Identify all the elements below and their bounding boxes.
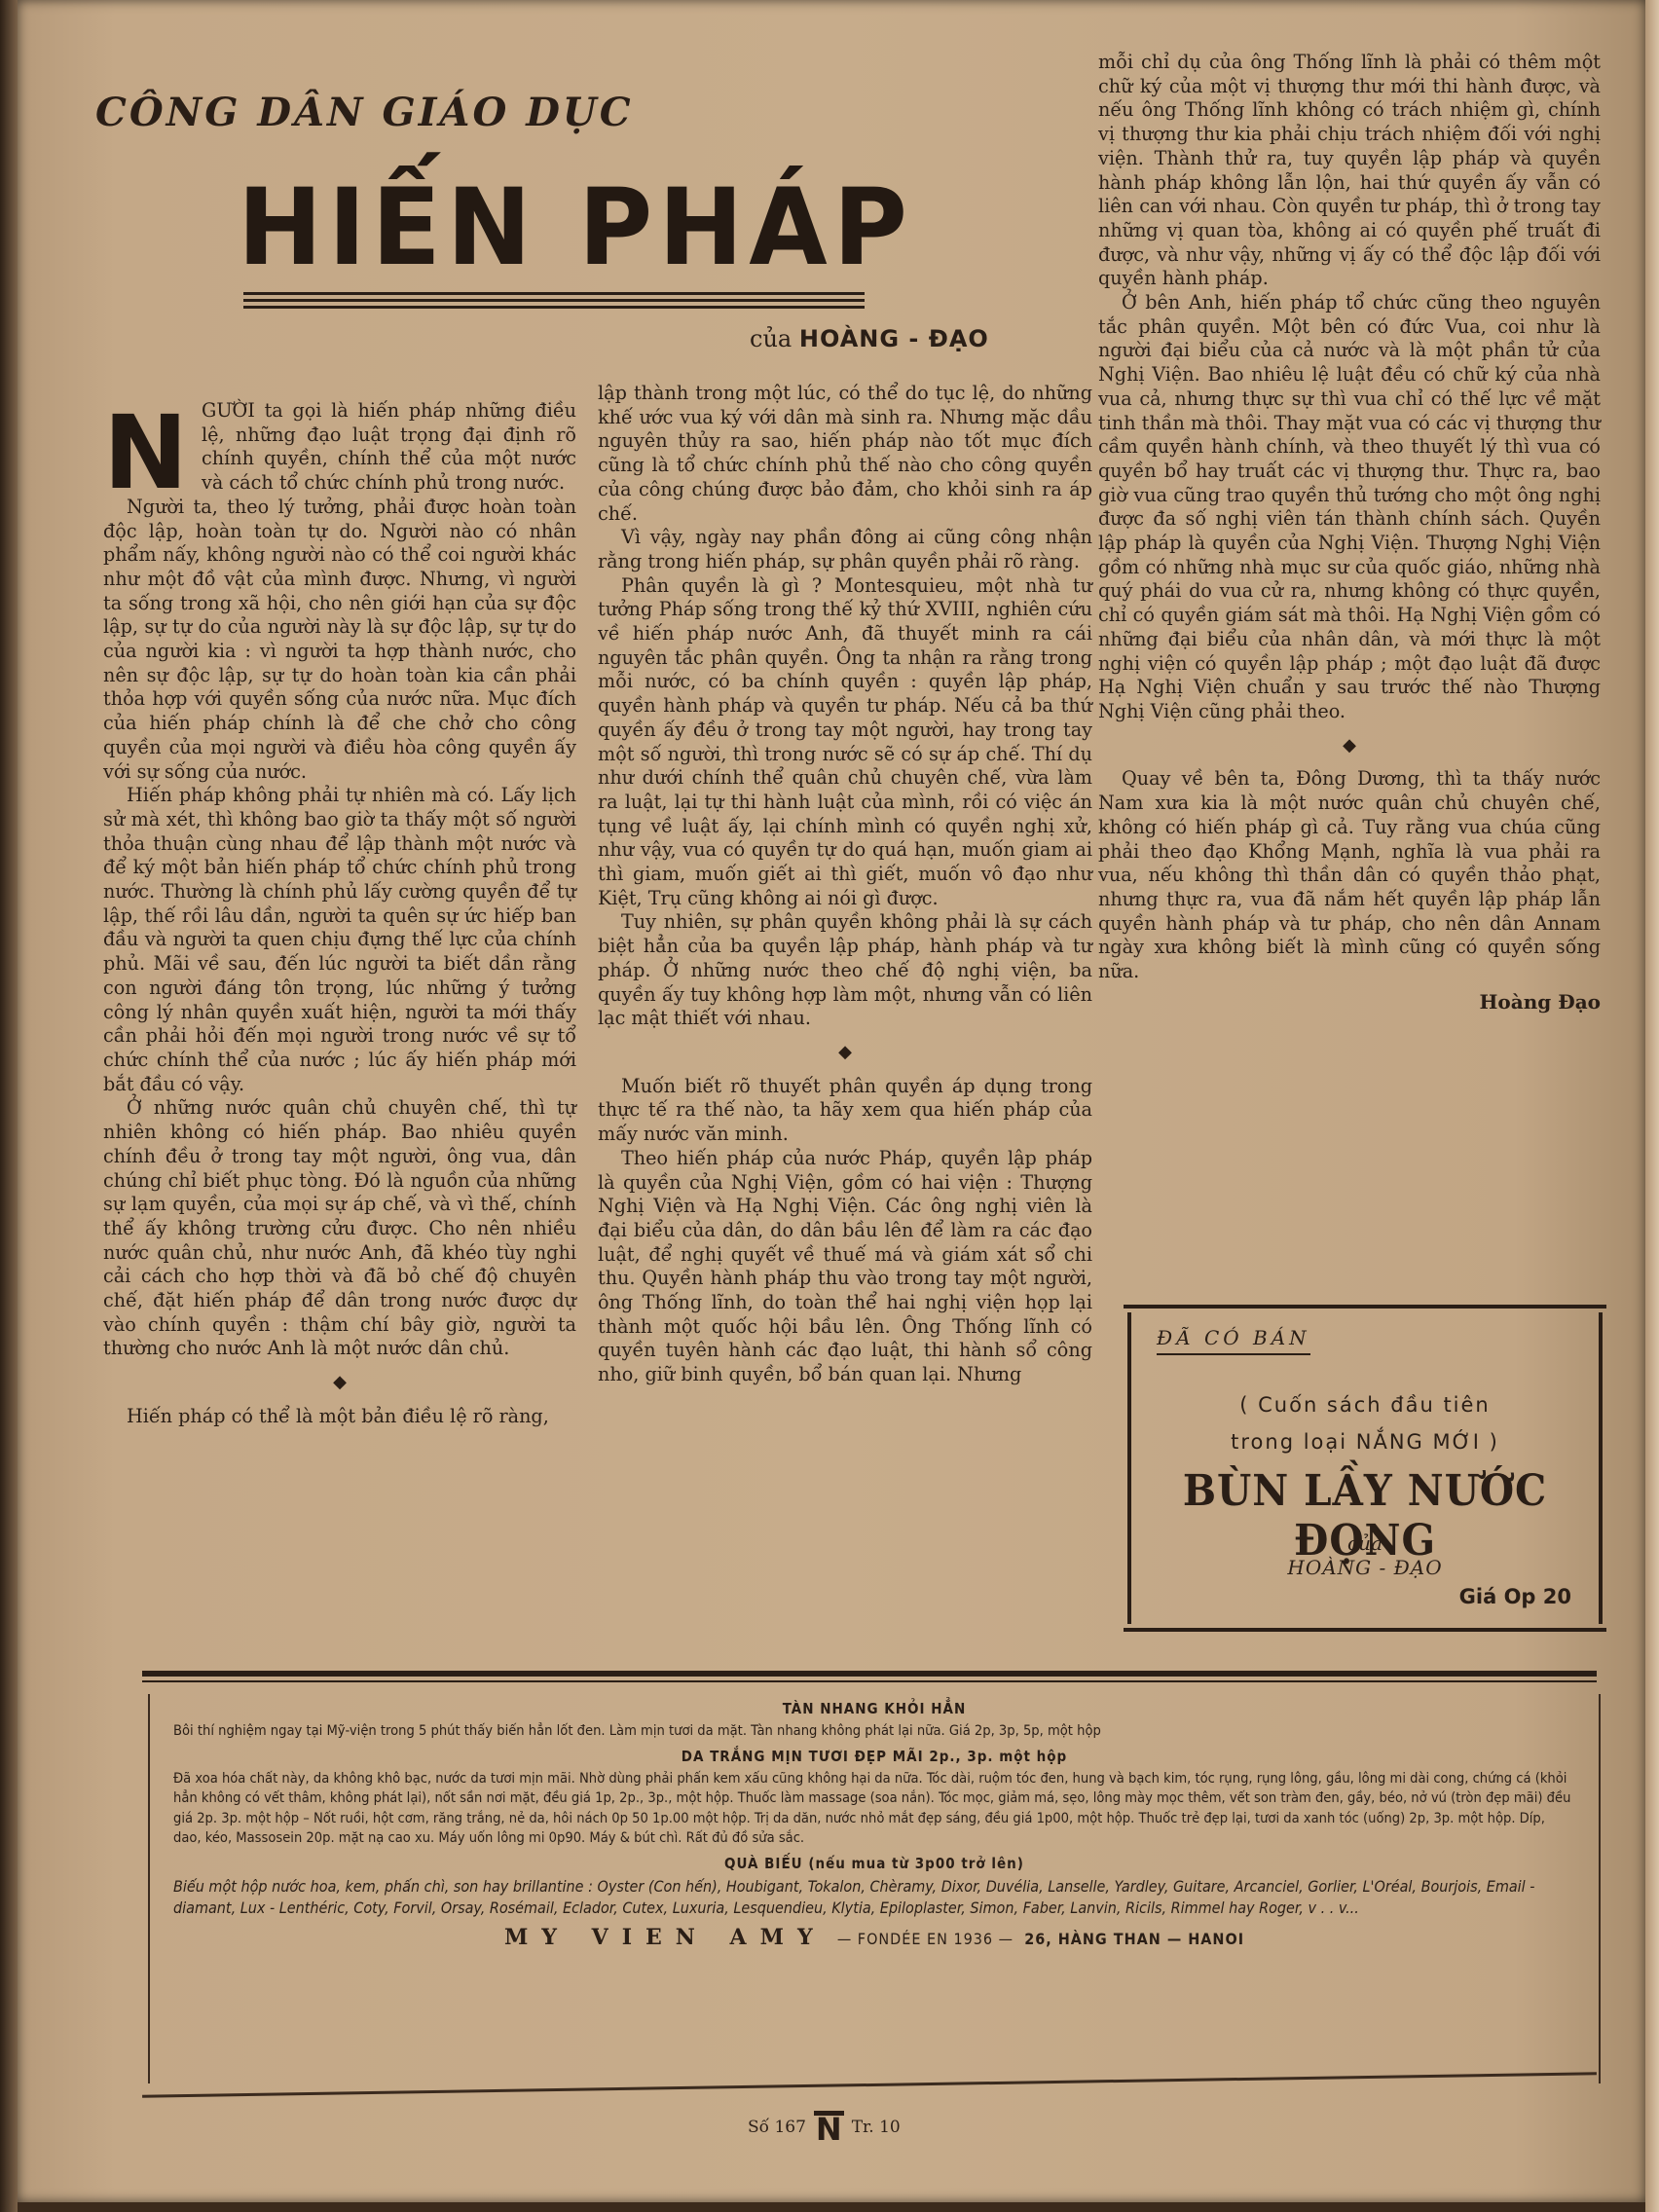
subtitle-line: trong loại NẮNG MỚI ) (1131, 1423, 1599, 1460)
available-label: ĐÃ CÓ BÁN (1157, 1326, 1310, 1355)
article-column-2: lập thành trong một lúc, có thể do tục l… (598, 382, 1092, 1387)
section-heading: CÔNG DÂN GIÁO DỤC (95, 90, 634, 135)
book-price: Giá Op 20 (1459, 1585, 1571, 1608)
paragraph: Người ta, theo lý tưởng, phải được hoàn … (103, 496, 576, 784)
author-signature: Hoàng Đạo (1098, 990, 1601, 1014)
byline-author: HOÀNG - ĐẠO (799, 325, 989, 352)
ad-address: 26, HÀNG THAN — HANOI (1024, 1930, 1244, 1948)
subtitle-line: ( Cuốn sách đầu tiên (1131, 1386, 1599, 1423)
paragraph: Phân quyền là gì ? Montesquieu, một nhà … (598, 574, 1092, 911)
book-of: của (1131, 1531, 1599, 1555)
drop-cap: N (103, 413, 188, 493)
paragraph: Tuy nhiên, sự phân quyền không phải là s… (598, 910, 1092, 1031)
paragraph: Hiến pháp không phải tự nhiên mà có. Lấy… (103, 784, 576, 1096)
book-author: HOÀNG - ĐẠO (1131, 1556, 1599, 1579)
book-advertisement: ĐÃ CÓ BÁN ( Cuốn sách đầu tiên trong loạ… (1127, 1312, 1603, 1624)
ornament-diamond-icon: ◆ (598, 1041, 1092, 1065)
ad-footer: MY VIEN AMY — FONDÉE EN 1936 — 26, HÀNG … (150, 1925, 1599, 1950)
article-column-3: mỗi chỉ dụ của ông Thống lĩnh là phải có… (1098, 51, 1601, 1014)
ad-brand: MY VIEN AMY (504, 1925, 827, 1950)
paragraph: Ở những nước quân chủ chuyên chế, thì tự… (103, 1096, 576, 1361)
divider (142, 1680, 1597, 1682)
issue-number: Số 167 (748, 2118, 806, 2137)
ad-heading: QUÀ BIẾU (nếu mua từ 3p00 trở lên) (150, 1855, 1599, 1872)
paragraph: Ở bên Anh, hiến pháp tổ chức cũng theo n… (1098, 291, 1601, 724)
divider (142, 1671, 1597, 1677)
paragraph: Vì vậy, ngày nay phần đông ai cũng công … (598, 526, 1092, 573)
ad-gift-text: Biếu một hộp nước hoa, kem, phấn chì, so… (150, 1876, 1599, 1919)
byline: của HOÀNG - ĐẠO (750, 325, 989, 352)
ornament-diamond-icon: ◆ (1098, 734, 1601, 758)
article-column-1: N GƯỜI ta gọi là hiến pháp những điều lệ… (103, 399, 576, 1429)
page-number: Tr. 10 (852, 2118, 901, 2137)
paragraph: Hiến pháp có thể là một bản điều lệ rõ r… (103, 1405, 576, 1429)
paragraph: Quay về bên ta, Đông Dương, thì ta thấy … (1098, 767, 1601, 983)
paragraph: lập thành trong một lúc, có thể do tục l… (598, 382, 1092, 526)
book-subtitle: ( Cuốn sách đầu tiên trong loại NẮNG MỚI… (1131, 1386, 1599, 1460)
article-title: HIẾN PHÁP (238, 165, 913, 289)
paragraph: Muốn biết rõ thuyết phân quyền áp dụng t… (598, 1075, 1092, 1147)
ad-text: Đã xoa hóa chất này, da không khô bạc, n… (150, 1769, 1599, 1849)
book-spine-shadow (0, 0, 18, 2212)
magazine-logo-icon: N (814, 2111, 844, 2143)
beauty-advertisement: TÀN NHANG KHỎI HẲN Bôi thí nghiệm ngay t… (148, 1694, 1601, 2083)
byline-prefix: của (750, 325, 792, 352)
ornament-diamond-icon: ◆ (103, 1371, 576, 1395)
ad-founded: — FONDÉE EN 1936 — (837, 1930, 1014, 1948)
title-rules (243, 292, 865, 313)
page-folio: Số 167 N Tr. 10 (748, 2111, 901, 2143)
paragraph: mỗi chỉ dụ của ông Thống lĩnh là phải có… (1098, 51, 1601, 291)
ad-text: Bôi thí nghiệm ngay tại Mỹ-viện trong 5 … (150, 1721, 1599, 1742)
ad-heading: DA TRẮNG MỊN TƯƠI ĐẸP MÃI 2p., 3p. một h… (150, 1748, 1599, 1765)
ad-heading: TÀN NHANG KHỎI HẲN (150, 1700, 1599, 1717)
page-edge (1645, 0, 1659, 2212)
paragraph: Theo hiến pháp của nước Pháp, quyền lập … (598, 1147, 1092, 1387)
